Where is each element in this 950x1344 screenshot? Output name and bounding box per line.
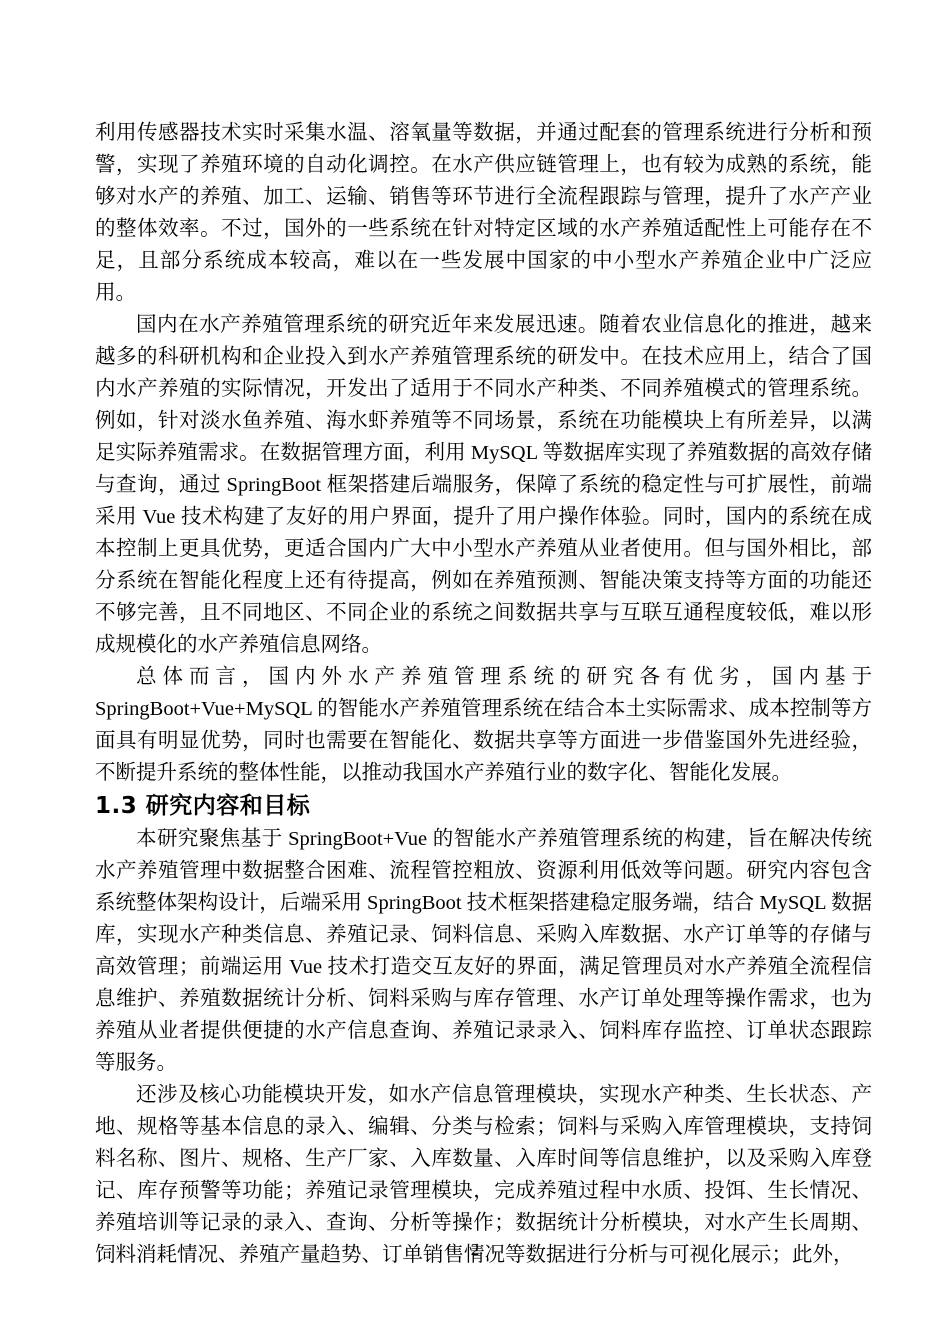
section-heading-1-3: 1.3 研究内容和目标 <box>95 789 872 823</box>
paragraph-intl-systems: 利用传感器技术实时采集水温、溶氧量等数据，并通过配套的管理系统进行分析和预警，实… <box>95 117 872 309</box>
page-number: 2 <box>0 1238 950 1262</box>
document-body: 利用传感器技术实时采集水温、溶氧量等数据，并通过配套的管理系统进行分析和预警，实… <box>95 117 872 1271</box>
paragraph-research-content: 本研究聚焦基于 SpringBoot+Vue 的智能水产养殖管理系统的构建，旨在… <box>95 823 872 1079</box>
document-page: 利用传感器技术实时采集水温、溶氧量等数据，并通过配套的管理系统进行分析和预警，实… <box>0 0 950 1344</box>
paragraph-summary: 总体而言，国内外水产养殖管理系统的研究各有优劣，国内基于 SpringBoot+… <box>95 661 872 789</box>
paragraph-domestic-research: 国内在水产养殖管理系统的研究近年来发展迅速。随着农业信息化的推进，越来越多的科研… <box>95 309 872 661</box>
